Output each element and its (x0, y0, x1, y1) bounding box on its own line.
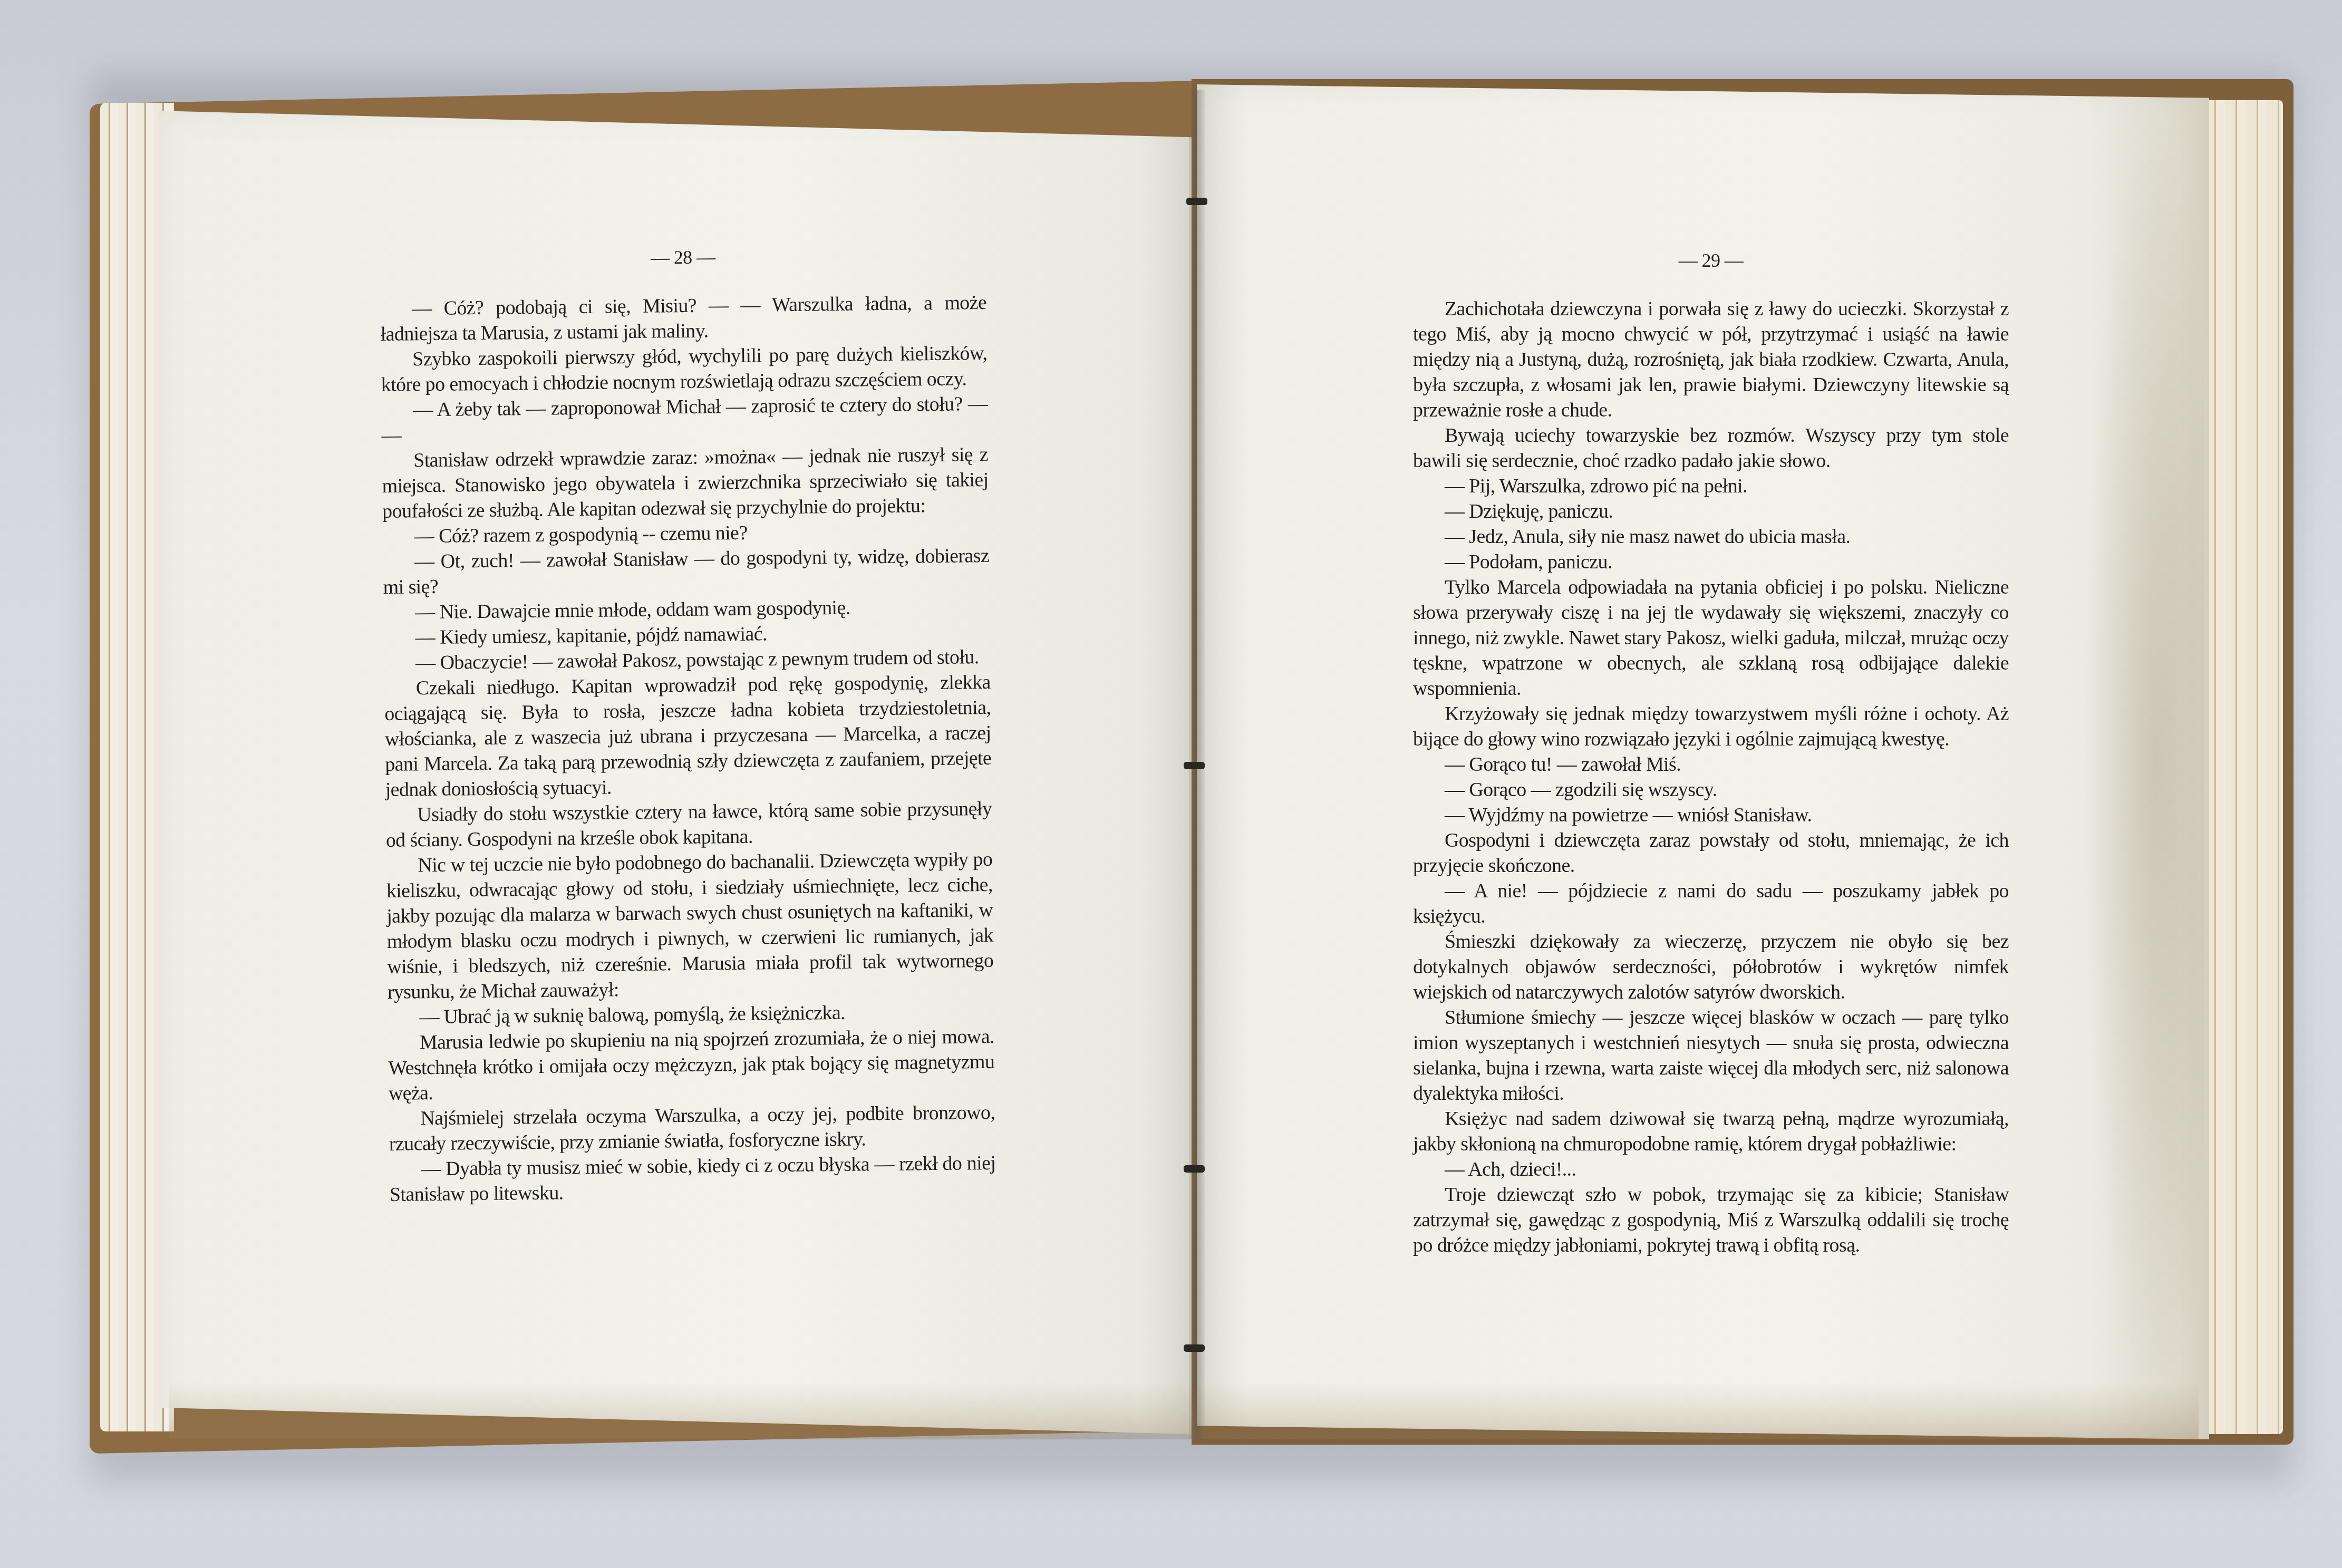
paragraph: Księżyc nad sadem dziwował się twarzą pe… (1413, 1106, 2009, 1157)
paragraph: Zachichotała dziewczyna i porwała się z … (1413, 296, 2009, 423)
paragraph: Tylko Marcela odpowiadała na pytania obf… (1413, 575, 2009, 701)
paragraph: Stłumione śmiechy — jeszcze więcej blask… (1413, 1005, 2009, 1106)
paragraph: Bywają uciechy towarzyskie bez rozmów. W… (1413, 423, 2009, 473)
paragraph: — Pij, Warszulka, zdrowo pić na pełni. (1413, 473, 2009, 499)
paragraph: — Cóż? podobają ci się, Misiu? — — Warsz… (380, 290, 987, 347)
paragraph: — A nie! — pójdziecie z nami do sadu — p… (1413, 878, 2009, 929)
bottom-edge-stain (169, 1381, 2199, 1439)
paragraph: Stanisław odrzekł wprawdzie zaraz: »możn… (382, 442, 989, 524)
paragraph: — Wyjdźmy na powietrze — wniósł Stanisła… (1413, 802, 2009, 828)
paragraph: — Dziękuję, paniczu. (1413, 499, 2009, 524)
paragraph: Najśmielej strzelała oczyma Warszulka, a… (389, 1100, 995, 1157)
paragraph: Szybko zaspokoili pierwszy głód, wychyli… (381, 341, 988, 398)
binding-stitch (1184, 1165, 1205, 1173)
paragraph: — Jedz, Anula, siły nie masz nawet do ub… (1413, 524, 2009, 549)
paragraph: — Ot, zuch! — zawołał Stanisław — do gos… (383, 543, 990, 600)
paragraph: — Gorąco — zgodzili się wszyscy. (1413, 777, 2009, 802)
paragraph: — Ach, dzieci!... (1413, 1157, 2009, 1182)
paragraph: Śmieszki dziękowały za wieczerzę, przycz… (1413, 929, 2009, 1005)
binding-stitch (1184, 762, 1205, 769)
right-page-text: — 29 — Zachichotała dziewczyna i porwała… (1413, 248, 2009, 1258)
paragraph: — Gorąco tu! — zawołał Miś. (1413, 752, 2009, 777)
binding-stitch (1184, 1344, 1205, 1352)
paragraph: Krzyżowały się jednak między towarzystwe… (1413, 701, 2009, 752)
page-stack-right (2204, 100, 2283, 1434)
page-number: — 29 — (1413, 248, 2009, 273)
paragraph: Usiadły do stołu wszystkie cztery na ław… (385, 796, 992, 853)
paragraph: Gospodyni i dziewczęta zaraz powstały od… (1413, 828, 2009, 878)
paragraph: — Dyabła ty musisz mieć w sobie, kiedy c… (389, 1150, 996, 1207)
foxing-stain (2083, 105, 2204, 1424)
paragraph: Nic w tej uczcie nie było podobnego do b… (386, 847, 994, 1005)
paragraph: — A żeby tak — zaproponował Michał — zap… (381, 391, 988, 448)
paragraph: Czekali niedługo. Kapitan wprowadził pod… (384, 670, 992, 802)
paragraph: — Podołam, paniczu. (1413, 549, 2009, 575)
paragraph: Marusia ledwie po skupieniu na nią spojr… (388, 1024, 995, 1106)
paragraph: Troje dziewcząt szło w pobok, trzymając … (1413, 1182, 2009, 1258)
left-page-text: — 28 — — Cóż? podobają ci się, Misiu? — … (380, 241, 996, 1207)
binding-stitch (1186, 198, 1207, 205)
